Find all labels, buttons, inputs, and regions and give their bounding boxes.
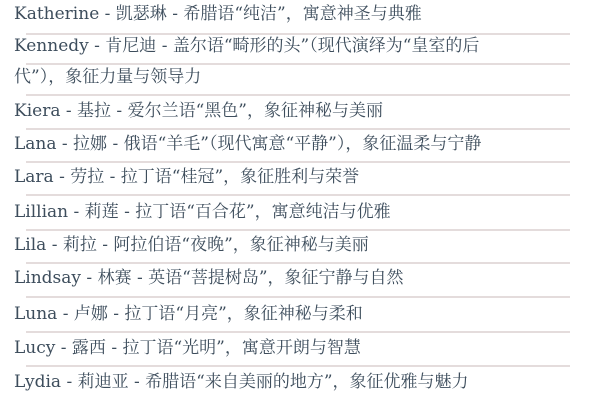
entry-lila: Lila - 莉拉 - 阿拉伯语“夜晚”，象征神秘与美丽 <box>14 230 574 260</box>
entry-lydia: Lydia - 莉迪亚 - 希腊语“来自美丽的地方”，象征优雅与魅力 <box>14 367 574 397</box>
entry-katherine: Katherine - 凯瑟琳 - 希腊语“纯洁”，寓意神圣与典雅 <box>14 0 574 29</box>
entry-lara: Lara - 劳拉 - 拉丁语“桂冠”，象征胜利与荣誉 <box>14 162 574 192</box>
entry-lindsay: Lindsay - 林赛 - 英语“菩提树岛”，象征宁静与自然 <box>14 263 574 293</box>
entry-luna: Luna - 卢娜 - 拉丁语“月亮”，象征神秘与柔和 <box>14 299 574 329</box>
entry-kiera: Kiera - 基拉 - 爱尔兰语“黑色”，象征神秘与美丽 <box>14 96 574 126</box>
entry-lucy: Lucy - 露西 - 拉丁语“光明”，寓意开朗与智慧 <box>14 333 574 363</box>
entry-kennedy: Kennedy - 肯尼迪 - 盖尔语“畸形的头”（现代演绎为“皇室的后 <box>14 31 574 61</box>
entry-lillian: Lillian - 莉莲 - 拉丁语“百合花”，寓意纯洁与优雅 <box>14 197 574 227</box>
name-meanings-list: Katherine - 凯瑟琳 - 希腊语“纯洁”，寓意神圣与典雅 Kenned… <box>0 0 600 400</box>
entry-kennedy-continued: 代”），象征力量与领导力 <box>14 62 574 92</box>
divider <box>26 296 570 298</box>
divider <box>26 194 570 196</box>
entry-lana: Lana - 拉娜 - 俄语“羊毛”（现代寓意“平静”），象征温柔与宁静 <box>14 129 574 159</box>
